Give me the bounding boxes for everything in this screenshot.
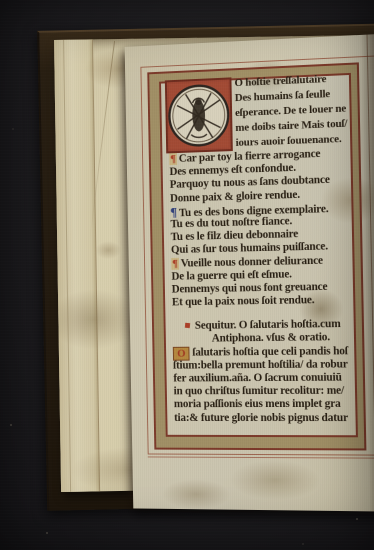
text-line: tia:& future glorie nobis pignus datur — [174, 412, 360, 425]
text-line: in quo chriſtus ſumitur recolitur: me/ — [174, 385, 360, 399]
text-line: fer auxilium.aña. O ſacrum conuiuiū — [173, 371, 359, 385]
text-line: moria paſſionis eius mens implet gra — [174, 398, 360, 412]
latin-prayer-lines: Oſalutaris hoſtia que celi pandis hoſſti… — [173, 345, 360, 425]
text-line: Oſalutaris hoſtia que celi pandis hoſ — [173, 345, 359, 360]
text-line: ſtium:bella premunt hoſtilia/ da robur — [173, 358, 359, 373]
text-line: Et que la paix nous ſoit rendue. — [172, 293, 358, 309]
dust-speck — [12, 128, 14, 130]
paraph-mark-blue: ¶ — [170, 204, 177, 219]
opening-verse-lines: O hoſtie treſſalutaireDes humains ſa ſeu… — [234, 71, 347, 150]
dust-speck — [356, 518, 358, 520]
manuscript-photo: O hoſtie treſſalutaireDes humains ſa ſeu… — [0, 0, 374, 550]
paraph-mark-red: ¶ — [171, 257, 179, 269]
french-verse-lines: ¶Car par toy la fierre arroganceDes enne… — [169, 147, 357, 310]
text-block: O hoſtie treſſalutaireDes humains ſa ſeu… — [168, 72, 360, 425]
rubric-text: Sequitur. O ſalutaris hoſtia.cum — [195, 318, 341, 332]
dust-speck — [10, 424, 12, 426]
illuminated-initial — [165, 77, 233, 153]
medallion-woodcut-icon — [165, 77, 233, 153]
manuscript-text-page: O hoſtie treſſalutaireDes humains ſa ſeu… — [125, 33, 374, 512]
dust-speck — [46, 532, 48, 534]
opening-row: O hoſtie treſſalutaireDes humains ſa ſeu… — [168, 72, 355, 154]
rubric-text: Antiphona. vſus & oratio. — [212, 332, 330, 345]
right-page-wrap: O hoſtie treſſalutaireDes humains ſa ſeu… — [125, 33, 374, 512]
page-fore-edge-strip — [54, 39, 100, 492]
paraph-mark-red — [185, 323, 190, 328]
dust-speck — [302, 543, 304, 545]
latin-initial: O — [173, 346, 190, 360]
rubric-line: Sequitur. O ſalutaris hoſtia.cum — [172, 318, 358, 333]
paraph-mark-red: ¶ — [169, 153, 177, 165]
